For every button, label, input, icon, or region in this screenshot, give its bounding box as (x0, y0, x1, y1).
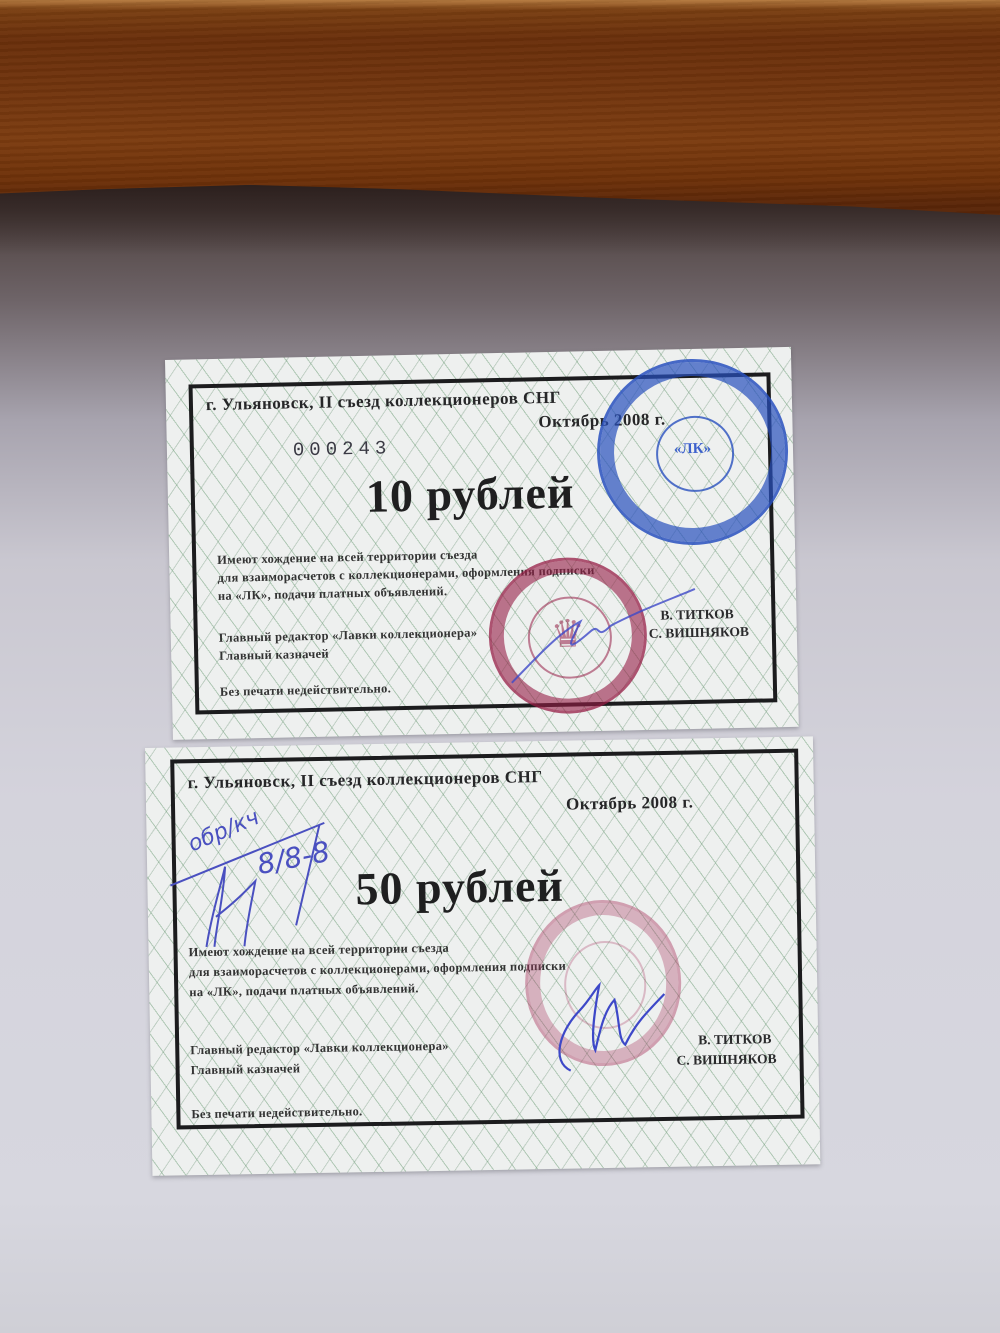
role-treasurer: Главный казначей (219, 647, 329, 664)
name-treasurer: С. ВИШНЯКОВ (676, 1051, 776, 1069)
signature-scribble (500, 579, 702, 693)
name-editor: В. ТИТКОВ (698, 1031, 772, 1048)
role-treasurer: Главный казначей (191, 1061, 301, 1078)
serial-number: 000243 (293, 437, 392, 461)
footer-validity: Без печати недействительно. (191, 1104, 362, 1122)
note-header-line2: Октябрь 2008 г. (566, 792, 694, 814)
handwritten-strokes (164, 803, 407, 957)
banknote-50-rubles: г. Ульяновск, II съезд коллекционеров СН… (145, 736, 820, 1176)
stamp-center-label: «ЛК» (600, 439, 785, 460)
denomination: 10 рублей (365, 465, 575, 522)
banknote-10-rubles: г. Ульяновск, II съезд коллекционеров СН… (165, 347, 799, 740)
signature-scribble (539, 959, 681, 1081)
wooden-shelf (0, 0, 1000, 215)
